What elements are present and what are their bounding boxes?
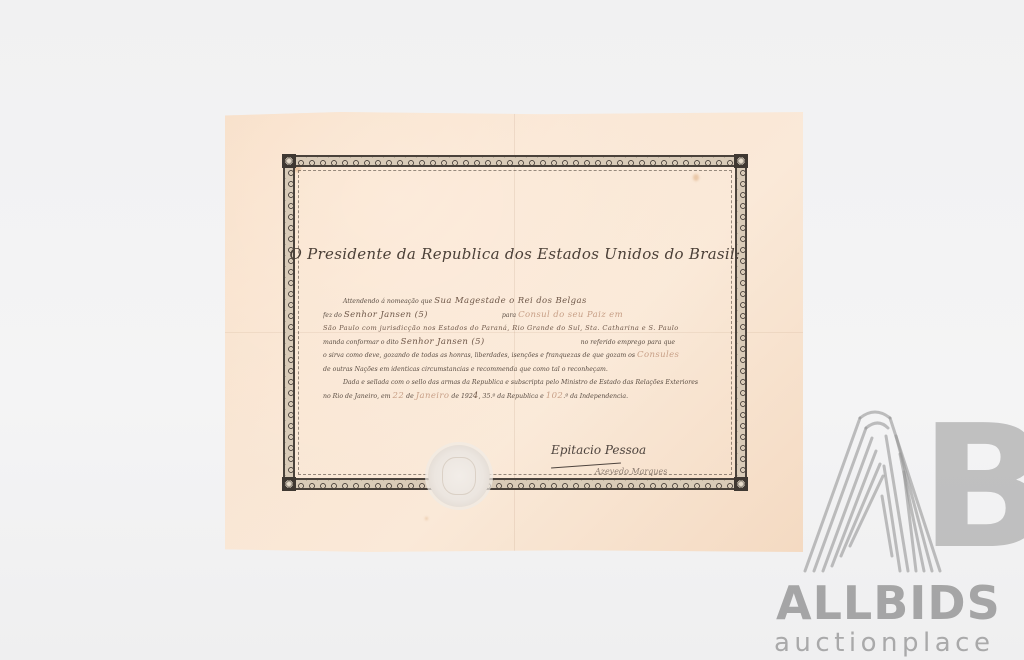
handwritten-text: São Paulo com jurisdicção nos Estados do…: [323, 324, 679, 332]
rosette-icon: ✺: [734, 477, 748, 491]
certificate-body: Attendendo á nomeação que Sua Magestade …: [323, 295, 707, 403]
printed-text: Dada e sellada com o sello das armas da …: [343, 379, 698, 386]
seal-profile-icon: [442, 457, 476, 495]
handwritten-text: Sua Magestade o Rei dos Belgas: [434, 296, 587, 306]
text-line: no Rio de Janeiro, em 22 de Janeiro de 1…: [323, 390, 707, 404]
signature: Epitacio Pessoa: [551, 443, 646, 457]
text-line: Dada e sellada com o sello das armas da …: [323, 376, 707, 390]
printed-text: para: [502, 312, 516, 319]
handwritten-text: Senhor Jansen (5): [401, 337, 485, 347]
printed-text: de: [406, 393, 414, 400]
ornamental-border: ✺ ✺ ✺ ✺ O Presidente da Republica dos Es…: [283, 155, 747, 490]
handwritten-text: 22: [393, 391, 405, 401]
allbids-watermark: AB B ALLBIDS auctionplace: [770, 398, 1024, 660]
border-bottom: [295, 478, 735, 490]
handwritten-text: 102: [546, 391, 563, 401]
rosette-icon: ✺: [282, 154, 296, 168]
certificate-heading: O Presidente da Republica dos Estados Un…: [283, 245, 747, 263]
countersignature: Azevedo Marques: [595, 467, 667, 476]
printed-text: , 35.º da Republica e: [479, 393, 544, 400]
text-line: de outras Nações em identicas circumstan…: [323, 363, 707, 377]
border-top: [295, 155, 735, 167]
embossed-seal: [428, 445, 490, 507]
printed-text: Attendendo á nomeação que: [343, 298, 432, 305]
border-left: [283, 167, 295, 478]
certificate-paper: ✺ ✺ ✺ ✺ O Presidente da Republica dos Es…: [225, 112, 803, 552]
foxing-stain: [425, 517, 428, 520]
printed-text: de 192: [451, 393, 472, 400]
printed-text: no Rio de Janeiro, em: [323, 393, 391, 400]
handwritten-text: Consules: [637, 350, 679, 360]
printed-text: .º da Independencia.: [563, 393, 628, 400]
handwritten-text: Janeiro: [416, 391, 450, 401]
handwritten-text: Consul do seu Paiz em: [518, 310, 623, 320]
text-line: o sirva como deve, gozando de todas as h…: [323, 349, 707, 363]
border-right: [735, 167, 747, 478]
brand-tagline: auctionplace: [774, 630, 994, 656]
text-line: fez do Senhor Jansen (5) para Consul do …: [323, 309, 707, 323]
printed-text: de outras Nações em identicas circumstan…: [323, 366, 608, 373]
rosette-icon: ✺: [282, 477, 296, 491]
logo-b-glyph: B: [920, 408, 1024, 568]
printed-text: fez do: [323, 312, 342, 319]
rosette-icon: ✺: [734, 154, 748, 168]
printed-text: no referido emprego para que: [581, 339, 675, 346]
handwritten-text: Senhor Jansen (5): [344, 310, 428, 320]
brand-name: ALLBIDS: [776, 580, 1001, 626]
printed-text: manda conformar o dito: [323, 339, 399, 346]
printed-text: o sirva como deve, gozando de todas as h…: [323, 352, 635, 359]
text-line: manda conformar o dito Senhor Jansen (5)…: [323, 336, 707, 350]
text-line: Attendendo á nomeação que Sua Magestade …: [323, 295, 707, 309]
text-line: São Paulo com jurisdicção nos Estados do…: [323, 322, 707, 336]
